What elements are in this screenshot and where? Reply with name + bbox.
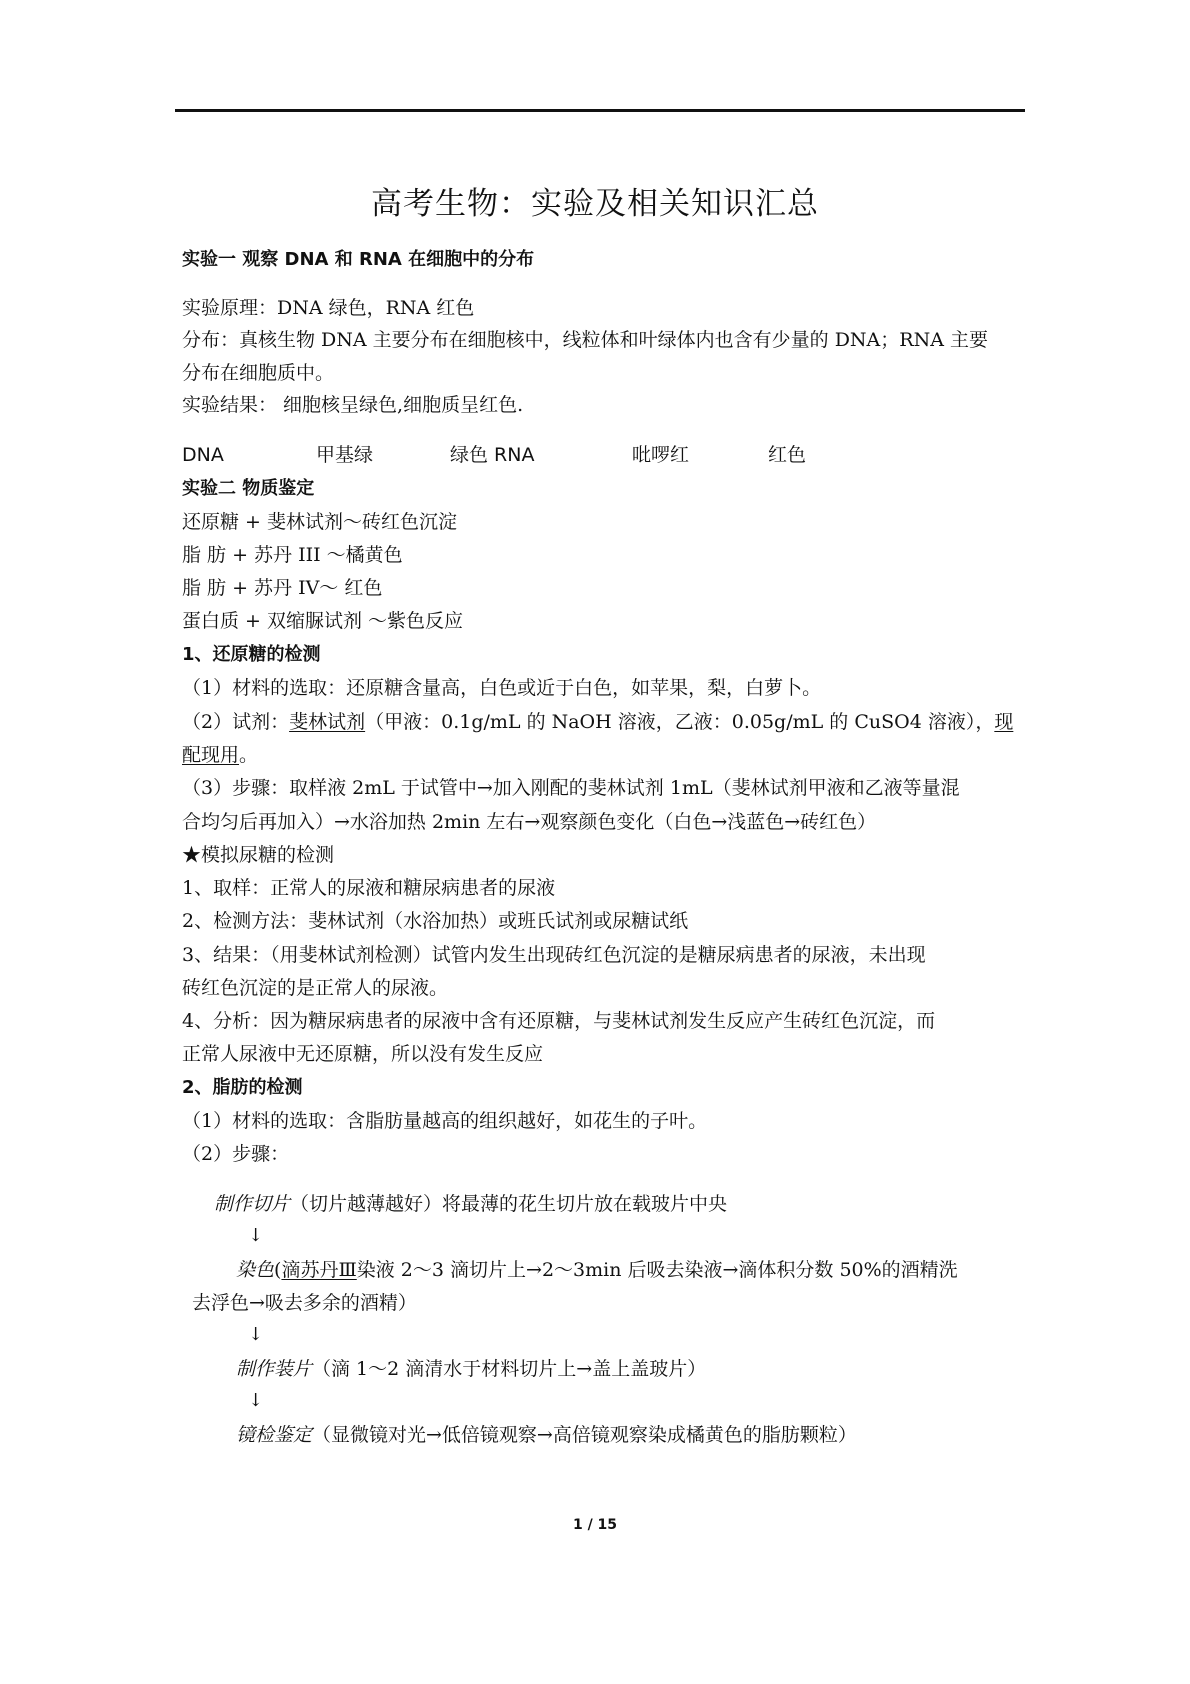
stain-methyl-green: 甲基绿 [316, 443, 373, 467]
sim-item-4-cont: 正常人尿液中无还原糖，所以没有发生反应 [182, 1042, 543, 1066]
sim-item-2: 2、检测方法：斐林试剂（水浴加热）或班氏试剂或尿糖试纸 [182, 909, 688, 933]
sugar-steps-line2: 合均匀后再加入）→水浴加热 2min 左右→观察颜色变化（白色→浅蓝色→砖红色） [182, 810, 876, 834]
down-arrow-icon: ↓ [248, 1225, 263, 1246]
exp2-heading: 实验二 物质鉴定 [182, 477, 314, 501]
reaction-fat-sudan4: 脂 肪 + 苏丹 IV～ 红色 [182, 576, 382, 600]
exp1-principle: 实验原理：DNA 绿色，RNA 红色 [182, 296, 474, 320]
reagent-prefix: （2）试剂： [182, 711, 289, 733]
stain-green-rna: 绿色 RNA [450, 443, 534, 467]
reagent-fehling-underlined: 斐林试剂 [289, 711, 365, 733]
flow-step-microscopy-title: 镜检鉴定 [236, 1424, 312, 1446]
flow-step-slicing-text: （切片越薄越好）将最薄的花生切片放在载玻片中央 [290, 1193, 727, 1215]
sugar-reagent-line1: （2）试剂：斐林试剂（甲液：0.1g/mL 的 NaOH 溶液，乙液：0.05g… [182, 710, 1013, 734]
sim-item-1: 1、取样：正常人的尿液和糖尿病患者的尿液 [182, 876, 555, 900]
sim-item-3-cont: 砖红色沉淀的是正常人的尿液。 [182, 976, 448, 1000]
header-rule [175, 109, 1025, 112]
flow-step-staining-sudan-underlined: 滴苏丹Ⅲ [281, 1259, 356, 1281]
reaction-fat-sudan3: 脂 肪 + 苏丹 III ～橘黄色 [182, 543, 403, 567]
sugar-steps-line1: （3）步骤：取样液 2mL 于试管中→加入刚配的斐林试剂 1mL（斐林试剂甲液和… [182, 776, 960, 800]
reaction-reducing-sugar: 还原糖 + 斐林试剂～砖红色沉淀 [182, 510, 457, 534]
flow-step-staining-cont: 去浮色→吸去多余的酒精） [192, 1291, 417, 1315]
reaction-protein: 蛋白质 + 双缩脲试剂 ～紫色反应 [182, 609, 463, 633]
flow-step-microscopy: 镜检鉴定（显微镜对光→低倍镜观察→高倍镜观察染成橘黄色的脂肪颗粒） [236, 1423, 857, 1447]
flow-step-staining: 染色(滴苏丹Ⅲ染液 2～3 滴切片上→2～3min 后吸去染液→滴体积分数 50… [236, 1258, 958, 1282]
fat-material: （1）材料的选取：含脂肪量越高的组织越好，如花生的子叶。 [182, 1109, 707, 1133]
flow-step-staining-text: 染液 2～3 滴切片上→2～3min 后吸去染液→滴体积分数 50%的酒精洗 [357, 1259, 958, 1281]
sugar-heading: 1、还原糖的检测 [182, 643, 321, 667]
reagent-fresh-underlined-1: 现 [994, 711, 1013, 733]
stain-red: 红色 [768, 443, 806, 467]
stain-dna: DNA [182, 443, 224, 467]
flow-step-slicing-title: 制作切片 [214, 1193, 290, 1215]
down-arrow-icon: ↓ [248, 1324, 263, 1345]
exp1-result: 实验结果： 细胞核呈绿色,细胞质呈红色. [182, 393, 523, 417]
page-indicator: 1 / 15 [0, 1517, 1190, 1533]
fat-steps-label: （2）步骤： [182, 1142, 289, 1166]
exp1-distribution-line1: 分布：真核生物 DNA 主要分布在细胞核中，线粒体和叶绿体内也含有少量的 DNA… [182, 328, 988, 352]
document-page: 高考生物：实验及相关知识汇总 实验一 观察 DNA 和 RNA 在细胞中的分布 … [0, 0, 1190, 1684]
flow-step-staining-title: 染色 [236, 1259, 274, 1281]
reagent-fresh-underlined-2: 配现用 [182, 744, 239, 766]
sugar-material: （1）材料的选取：还原糖含量高，白色或近于白色，如苹果，梨，白萝卜。 [182, 676, 821, 700]
stain-pyronin: 吡啰红 [632, 443, 689, 467]
exp1-heading: 实验一 观察 DNA 和 RNA 在细胞中的分布 [182, 248, 534, 272]
flow-step-mounting-text: （滴 1～2 滴清水于材料切片上→盖上盖玻片） [312, 1358, 706, 1380]
flow-step-mounting-title: 制作装片 [236, 1358, 312, 1380]
sim-item-4: 4、分析：因为糖尿病患者的尿液中含有还原糖，与斐林试剂发生反应产生砖红色沉淀，而 [182, 1009, 935, 1033]
reagent-detail: （甲液：0.1g/mL 的 NaOH 溶液，乙液：0.05g/mL 的 CuSO… [365, 711, 994, 733]
flow-step-slicing: 制作切片（切片越薄越好）将最薄的花生切片放在载玻片中央 [214, 1192, 727, 1216]
down-arrow-icon: ↓ [248, 1390, 263, 1411]
sim-heading: ★模拟尿糖的检测 [182, 843, 334, 867]
sim-item-3: 3、结果：（用斐林试剂检测）试管内发生出现砖红色沉淀的是糖尿病患者的尿液，未出现 [182, 943, 926, 967]
reagent-end: 。 [239, 744, 258, 766]
page-title: 高考生物：实验及相关知识汇总 [0, 178, 1190, 223]
flow-step-mounting: 制作装片（滴 1～2 滴清水于材料切片上→盖上盖玻片） [236, 1357, 706, 1381]
flow-step-microscopy-text: （显微镜对光→低倍镜观察→高倍镜观察染成橘黄色的脂肪颗粒） [312, 1424, 857, 1446]
exp1-distribution-line2: 分布在细胞质中。 [182, 361, 334, 385]
sugar-reagent-line2: 配现用。 [182, 743, 258, 767]
fat-heading: 2、脂肪的检测 [182, 1076, 303, 1100]
